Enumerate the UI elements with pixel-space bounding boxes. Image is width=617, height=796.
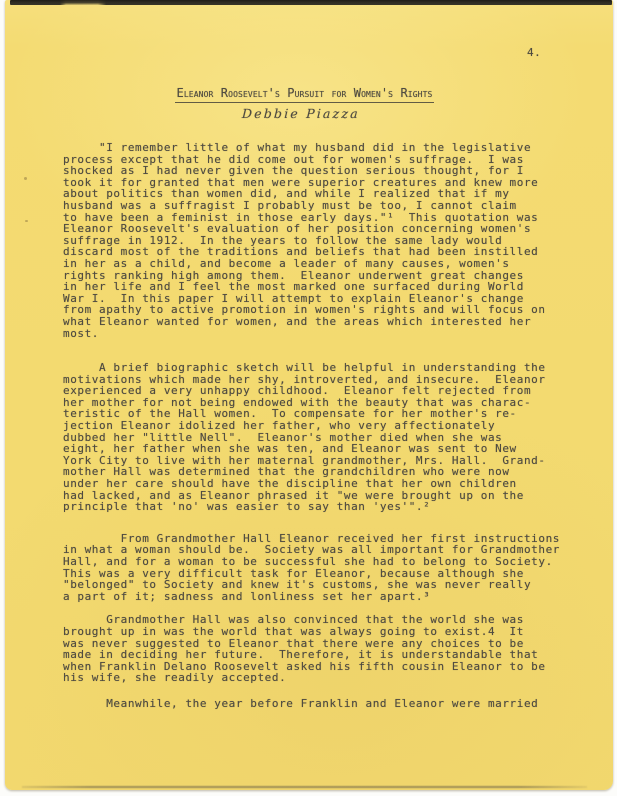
body-paragraph: A brief biographic sketch will be helpfu… <box>63 362 603 513</box>
scan-bottom-edge <box>22 786 587 788</box>
title-row: Eleanor Roosevelt's Pursuit for Women's … <box>0 82 613 103</box>
byline-row: Debbie Piazza <box>0 103 613 122</box>
document-body: "I remember little of what my husband di… <box>63 142 603 710</box>
body-paragraph: Meanwhile, the year before Franklin and … <box>63 698 603 710</box>
paper-speck <box>24 177 27 180</box>
document-title: Eleanor Roosevelt's Pursuit for Women's … <box>175 86 435 103</box>
paper-speck <box>25 220 28 222</box>
author-byline: Debbie Piazza <box>241 106 360 121</box>
scan-top-edge <box>10 0 612 5</box>
body-paragraph: "I remember little of what my husband di… <box>63 142 603 339</box>
body-paragraph: Grandmother Hall was also convinced that… <box>63 614 603 684</box>
scanned-page-background: { "document": { "page_number": "4.", "ti… <box>0 0 617 796</box>
page-number: 4. <box>527 46 541 59</box>
body-paragraph: From Grandmother Hall Eleanor received h… <box>63 533 603 603</box>
